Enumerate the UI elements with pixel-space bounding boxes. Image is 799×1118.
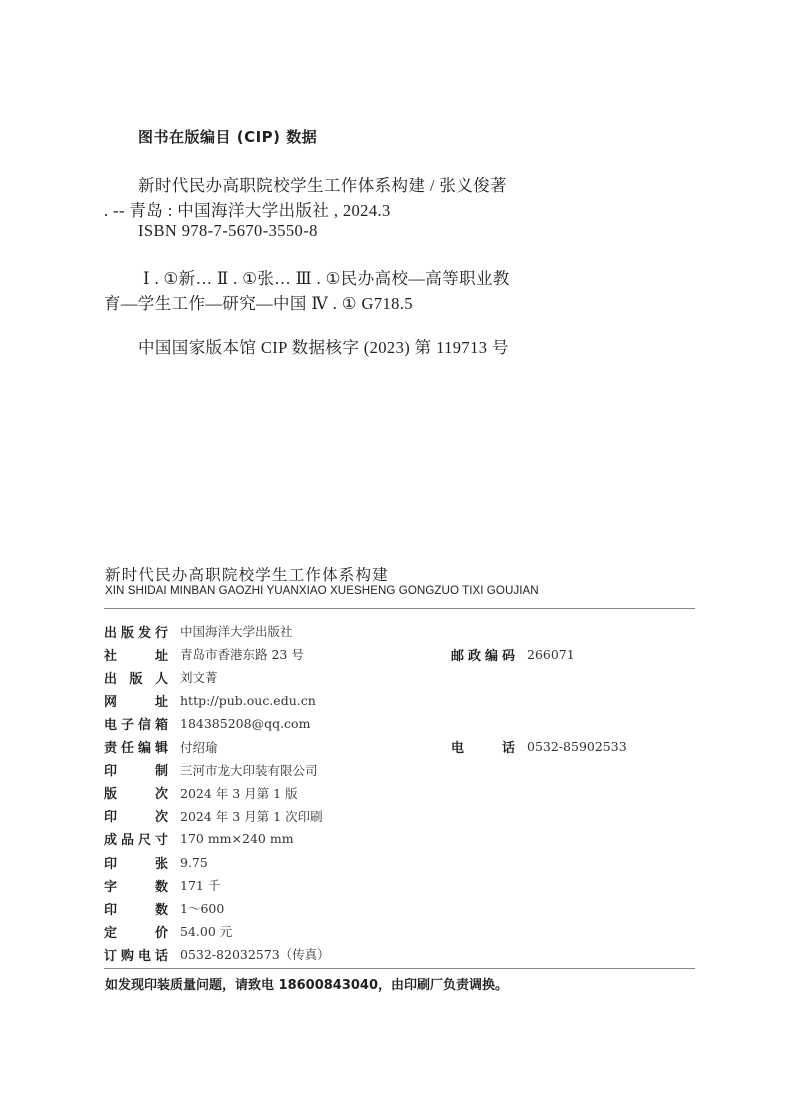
colophon-row: 出版人刘文菁	[104, 666, 218, 688]
label-char: 购	[121, 945, 134, 964]
label-char: 尺	[138, 829, 151, 848]
label-char: 政	[468, 645, 481, 664]
field-value: 171 千	[180, 876, 220, 894]
field-value: 170 mm×240 mm	[180, 831, 294, 846]
label-char: 印	[104, 806, 117, 825]
label-char: 电	[451, 737, 464, 756]
field-value: http://pub.ouc.edu.cn	[180, 693, 316, 708]
cip-heading: 图书在版编目 (CIP) 数据	[138, 126, 317, 147]
label-char: 数	[155, 876, 168, 895]
colophon-row: 印数1～600	[104, 897, 224, 919]
label-char: 子	[121, 714, 134, 733]
field-value: 0532-85902533	[527, 739, 627, 754]
top-divider	[104, 608, 695, 609]
cip-record-number: 中国国家版本馆 CIP 数据核字 (2023) 第 119713 号	[138, 334, 509, 358]
field-value: 三河市龙大印装有限公司	[180, 761, 318, 779]
colophon-row: 成品尺寸170 mm×240 mm	[104, 828, 294, 850]
field-value: 0532-82032573（传真）	[180, 945, 330, 963]
label-char: 定	[104, 922, 117, 941]
field-value: 184385208@qq.com	[180, 716, 310, 731]
colophon-row: 网址http://pub.ouc.edu.cn	[104, 689, 316, 711]
field-label: 网址	[104, 691, 168, 710]
label-char: 电	[138, 945, 151, 964]
quality-notice: 如发现印装质量问题，请致电 18600843040，由印刷厂负责调换。	[105, 974, 508, 993]
label-char: 印	[104, 853, 117, 872]
field-label: 字数	[104, 876, 168, 895]
label-char: 人	[155, 668, 168, 687]
label-char: 任	[121, 737, 134, 756]
book-title-pinyin: XIN SHIDAI MINBAN GAOZHI YUANXIAO XUESHE…	[105, 584, 539, 597]
field-label: 订购电话	[104, 945, 168, 964]
field-value: 9.75	[180, 855, 208, 870]
label-char: 次	[155, 783, 168, 802]
field-label: 出版人	[104, 668, 168, 687]
label-char: 发	[138, 622, 151, 641]
field-value: 2024 年 3 月第 1 版	[180, 784, 298, 802]
label-char: 版	[121, 622, 134, 641]
label-char: 电	[104, 714, 117, 733]
label-char: 行	[155, 622, 168, 641]
colophon-row: 定价54.00 元	[104, 920, 232, 942]
field-label: 版次	[104, 783, 168, 802]
field-label: 成品尺寸	[104, 829, 168, 848]
label-char: 出	[104, 622, 117, 641]
colophon-row: 责任编辑付绍瑜	[104, 736, 218, 758]
label-char: 张	[155, 853, 168, 872]
label-char: 成	[104, 829, 117, 848]
cip-subject-line-1: Ⅰ . ①新… Ⅱ . ①张… Ⅲ . ①民办高校—高等职业教	[143, 265, 510, 289]
label-char: 址	[155, 691, 168, 710]
field-value: 1～600	[180, 899, 224, 917]
label-char: 制	[155, 760, 168, 779]
field-value: 266071	[527, 647, 575, 662]
field-label: 印数	[104, 899, 168, 918]
colophon-row: 订购电话0532-82032573（传真）	[104, 943, 330, 965]
label-char: 版	[129, 668, 142, 687]
field-label: 邮政编码	[451, 645, 515, 664]
label-char: 责	[104, 737, 117, 756]
label-char: 品	[121, 829, 134, 848]
field-label: 责任编辑	[104, 737, 168, 756]
field-value: 刘文菁	[180, 668, 218, 686]
colophon-row: 印制三河市龙大印装有限公司	[104, 759, 318, 781]
label-char: 出	[104, 668, 117, 687]
label-char: 社	[104, 645, 117, 664]
book-title-chinese: 新时代民办高职院校学生工作体系构建	[105, 563, 389, 585]
colophon-right-row: 电话0532-85902533	[451, 736, 627, 758]
field-value: 54.00 元	[180, 922, 232, 940]
cip-subject-line-2: 育—学生工作—研究—中国 Ⅳ . ① G718.5	[104, 290, 413, 314]
label-char: 版	[104, 783, 117, 802]
label-char: 邮	[451, 645, 464, 664]
cip-isbn-line: ISBN 978-7-5670-3550-8	[138, 221, 318, 241]
field-label: 印次	[104, 806, 168, 825]
colophon-row: 字数171 千	[104, 874, 220, 896]
label-char: 寸	[155, 829, 168, 848]
colophon-row: 出版发行中国海洋大学出版社	[104, 620, 293, 642]
label-char: 编	[138, 737, 151, 756]
colophon-row: 印次2024 年 3 月第 1 次印刷	[104, 805, 323, 827]
label-char: 印	[104, 899, 117, 918]
colophon-right-row: 邮政编码266071	[451, 643, 575, 665]
field-value: 2024 年 3 月第 1 次印刷	[180, 807, 323, 825]
label-char: 数	[155, 899, 168, 918]
label-char: 辑	[155, 737, 168, 756]
label-char: 印	[104, 760, 117, 779]
field-value: 青岛市香港东路 23 号	[180, 645, 304, 663]
field-value: 付绍瑜	[180, 738, 218, 756]
field-label: 电话	[451, 737, 515, 756]
label-char: 话	[155, 945, 168, 964]
label-char: 箱	[155, 714, 168, 733]
label-char: 址	[155, 645, 168, 664]
label-char: 次	[155, 806, 168, 825]
field-label: 电子信箱	[104, 714, 168, 733]
label-char: 码	[502, 645, 515, 664]
field-label: 出版发行	[104, 622, 168, 641]
colophon-row: 印张9.75	[104, 851, 208, 873]
field-label: 社址	[104, 645, 168, 664]
field-label: 印制	[104, 760, 168, 779]
colophon-row: 版次2024 年 3 月第 1 版	[104, 782, 298, 804]
field-label: 定价	[104, 922, 168, 941]
label-char: 网	[104, 691, 117, 710]
colophon-row: 电子信箱184385208@qq.com	[104, 712, 310, 734]
field-value: 中国海洋大学出版社	[180, 622, 293, 640]
colophon-row: 社址青岛市香港东路 23 号	[104, 643, 304, 665]
label-char: 信	[138, 714, 151, 733]
label-char: 话	[502, 737, 515, 756]
label-char: 价	[155, 922, 168, 941]
label-char: 字	[104, 876, 117, 895]
label-char: 编	[485, 645, 498, 664]
bottom-divider	[104, 968, 695, 969]
field-label: 印张	[104, 853, 168, 872]
label-char: 订	[104, 945, 117, 964]
cip-publisher-line: . -- 青岛 : 中国海洋大学出版社 , 2024.3	[104, 197, 391, 221]
cip-title-line: 新时代民办高职院校学生工作体系构建 / 张义俊著	[138, 172, 507, 196]
